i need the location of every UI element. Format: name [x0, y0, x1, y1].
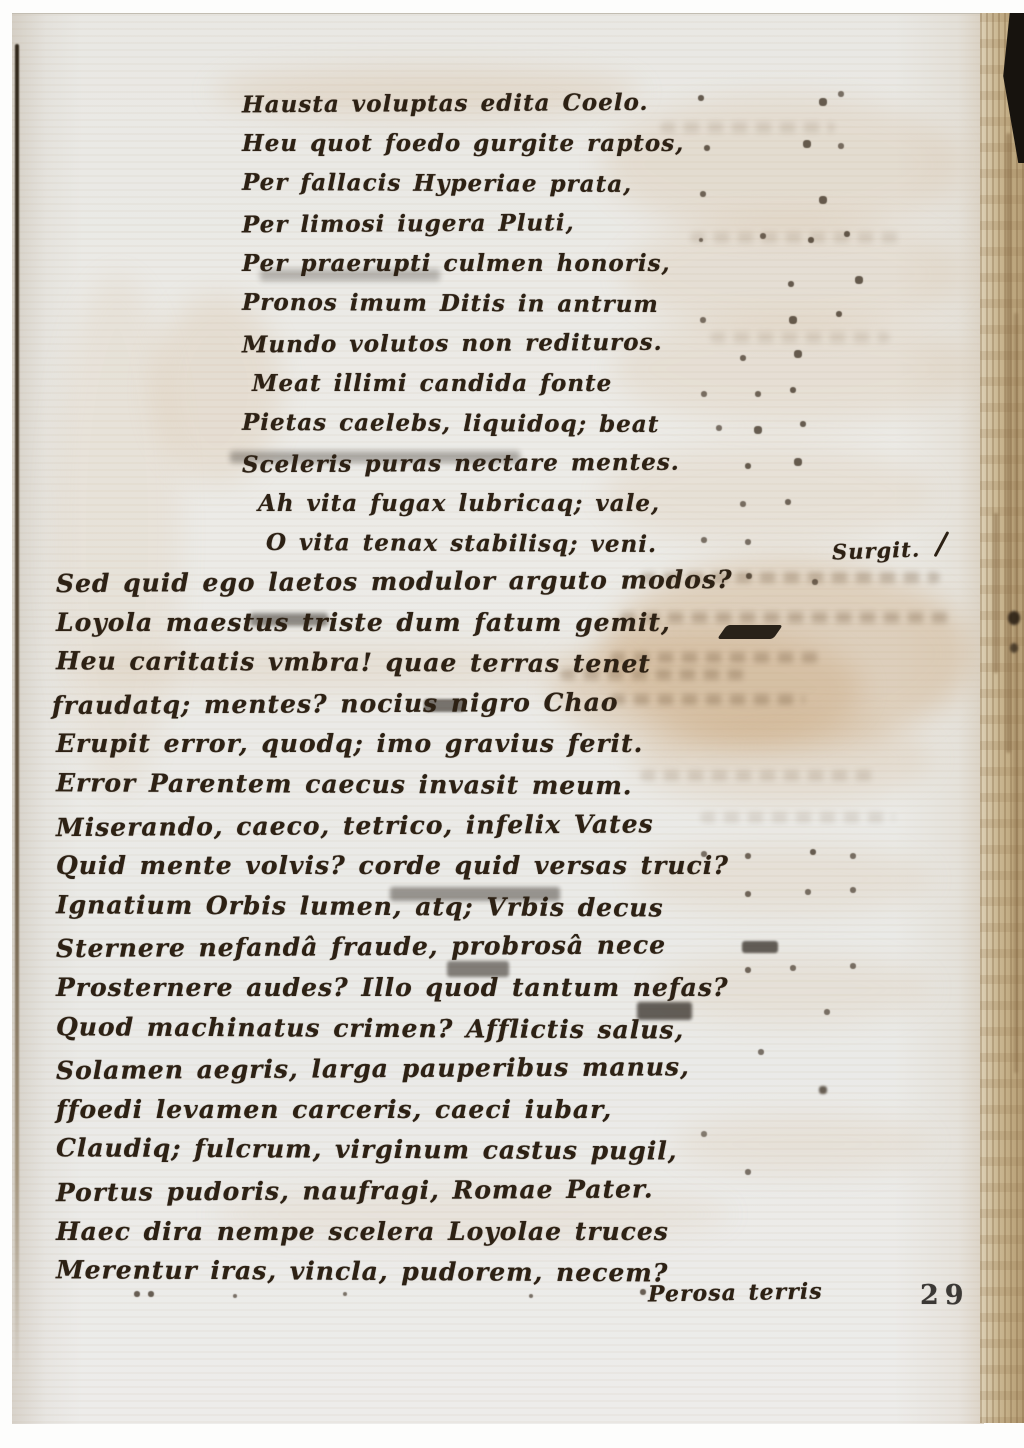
poem-line: Meat illimi candida fonte — [252, 364, 684, 404]
poem-line: Solamen aegris, larga pauperibus manus, — [56, 1047, 733, 1092]
poem-line: Quod machinatus crimen? Afflictis salus, — [56, 1007, 733, 1051]
marginal-note: Surgit. — [832, 536, 921, 564]
poem-line: Portus pudoris, naufragi, Romae Pater. — [56, 1169, 733, 1214]
poem-line: Prosternere audes? Illo quod tantum nefa… — [56, 968, 733, 1009]
poem-line: Ah vita fugax lubricaq; vale, — [258, 484, 684, 524]
page-number: 29 — [920, 1280, 970, 1311]
poem-line: Quid mente volvis? corde quid versas tru… — [56, 846, 733, 887]
poem-line: Pronos imum Ditis in antrum — [242, 283, 684, 325]
fore-edge-streak — [1008, 611, 1020, 625]
poem-line: fraudatq; mentes? nocius nigro Chao — [52, 682, 733, 727]
poem-line: Per limosi iugera Pluti, — [242, 203, 684, 246]
ink-specks — [12, 14, 14, 16]
poem-line: Pietas caelebs, liquidoq; beat — [242, 403, 684, 445]
poem-line: Hausta voluptas edita Coelo. — [242, 83, 684, 126]
poem-line: Ignatium Orbis lumen, atq; Vrbis decus — [56, 885, 733, 929]
poem-line: Claudiq; fulcrum, virginum castus pugil, — [56, 1129, 733, 1173]
poem-stanza-body: Sed quid ego laetos modulor arguto modos… — [56, 562, 733, 1293]
poem-line: Heu quot foedo gurgite raptos, — [242, 124, 684, 164]
book-fore-edge — [980, 13, 1024, 1423]
poem-line: Mundo volutos non redituros. — [242, 323, 684, 366]
poem-line: Error Parentem caecus invasit meum. — [56, 763, 733, 807]
poem-line: Merentur iras, vincla, pudorem, necem? — [56, 1250, 733, 1294]
poem-stanza-indented: Hausta voluptas edita Coelo.Heu quot foe… — [242, 84, 684, 564]
ink-bleedthrough — [660, 122, 835, 133]
fore-edge-streak — [1006, 133, 1011, 753]
poem-line: ffoedi levamen carceris, caeci iubar, — [56, 1090, 733, 1131]
ink-bleedthrough — [710, 332, 890, 343]
gutter-crease — [15, 44, 19, 1374]
fore-edge-streak — [994, 513, 998, 673]
marginal-flourish — [934, 531, 949, 557]
poem-line: Haec dira nempe scelera Loyolae truces — [56, 1212, 733, 1253]
ink-bleedthrough — [690, 232, 905, 243]
poem-line: Per fallacis Hyperiae prata, — [242, 163, 684, 205]
catchword: Perosa terris — [648, 1278, 823, 1307]
poem-line: Sed quid ego laetos modulor arguto modos… — [56, 560, 733, 605]
poem-line: Sternere nefandâ fraude, probrosâ nece — [56, 925, 733, 970]
poem-line: Miserando, caeco, tetrico, infelix Vates — [56, 803, 733, 848]
poem-line: Heu caritatis vmbra! quae terras tenet — [56, 641, 733, 685]
fore-edge-streak — [1014, 313, 1018, 1073]
manuscript-scan: Hausta voluptas edita Coelo.Heu quot foe… — [0, 0, 1024, 1448]
fore-edge-streak — [1010, 643, 1018, 653]
poem-line: O vita tenax stabilisq; veni. — [266, 523, 684, 565]
poem-line: Sceleris puras nectare mentes. — [242, 443, 684, 486]
poem-line: Per praerupti culmen honoris, — [242, 244, 684, 284]
poem-line: Loyola maestus triste dum fatum gemit, — [56, 603, 733, 644]
poem-line: Erupit error, quodq; imo gravius ferit. — [56, 724, 733, 765]
ink-blot — [742, 941, 778, 953]
manuscript-page: Hausta voluptas edita Coelo.Heu quot foe… — [12, 13, 984, 1424]
